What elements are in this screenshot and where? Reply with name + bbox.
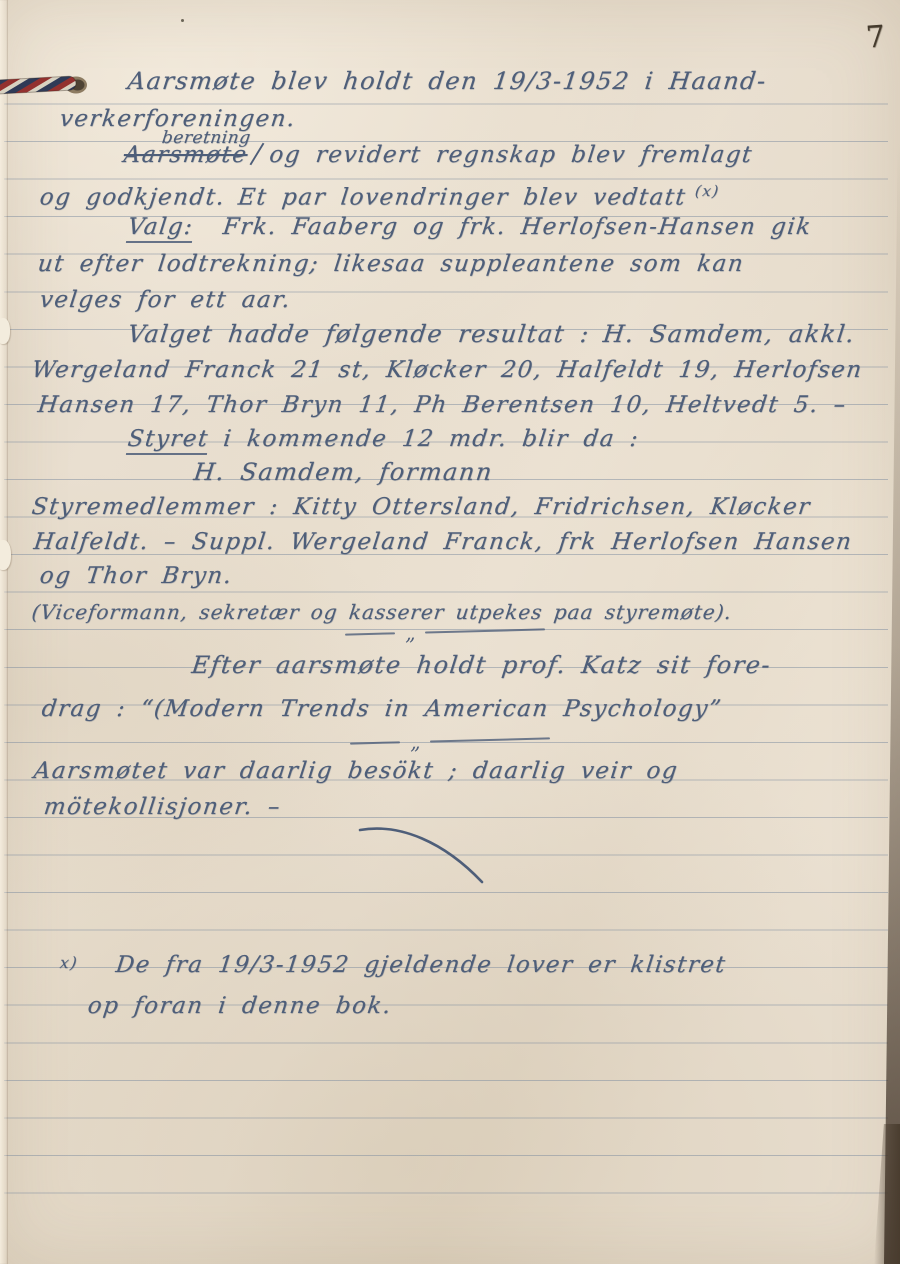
minutes-report-line-2: og godkjendt. Et par lovendringer blev v… bbox=[38, 176, 722, 213]
ink-speck bbox=[181, 19, 184, 22]
ditto-mark: „ bbox=[410, 738, 421, 746]
election-line-1-rest: Frk. Faaberg og frk. Herlofsen-Hansen gi… bbox=[221, 214, 813, 240]
ditto-mark: „ bbox=[405, 629, 416, 637]
report-line-1-rest: og revidert regnskap blev fremlagt bbox=[268, 142, 755, 168]
board-line-1-rest: i kommende 12 mdr. blir da : bbox=[222, 426, 641, 452]
lecture-line-1: Efter aarsmøte holdt prof. Katz sit fore… bbox=[190, 650, 773, 680]
divider-dash bbox=[425, 628, 545, 633]
minutes-opening-line-1: Aarsmøte blev holdt den 19/3-1952 i Haan… bbox=[126, 66, 769, 96]
board-heading: Styret bbox=[126, 426, 210, 455]
footnote-line-1: De fra 19/3-1952 gjeldende lover er klis… bbox=[114, 950, 728, 980]
page-left-edge bbox=[0, 0, 8, 1264]
minutes-board-line-1: Styret i kommende 12 mdr. blir da : bbox=[126, 424, 641, 454]
minutes-election-line-2: ut efter lodtrekning; likesaa suppleante… bbox=[36, 249, 746, 279]
minutes-report-line-1: Aarsmøteberetningog revidert regnskap bl… bbox=[122, 140, 755, 170]
attendance-line-2: mötekollisjoner. – bbox=[42, 792, 283, 822]
binding-cord-icon bbox=[0, 68, 96, 102]
minutes-election-line-1: Valg: Frk. Faaberg og frk. Herlofsen-Han… bbox=[126, 212, 814, 242]
minutes-election-line-3: velges for ett aar. bbox=[38, 285, 293, 315]
minutes-results-line-2: Wergeland Franck 21 st, Kløcker 20, Half… bbox=[30, 355, 865, 385]
divider-dash bbox=[345, 632, 395, 635]
board-members-line-1: Styremedlemmer : Kitty Ottersland, Fridr… bbox=[30, 492, 813, 522]
minutes-results-line-3: Hansen 17, Thor Bryn 11, Ph Berentsen 10… bbox=[36, 390, 849, 420]
footnote-marker: x) bbox=[58, 948, 80, 978]
divider-dash bbox=[350, 741, 400, 744]
page-number: 7 bbox=[865, 19, 886, 55]
board-chairman-line: H. Samdem, formann bbox=[192, 457, 495, 487]
minutes-results-line-1: Valget hadde følgende resultat : H. Samd… bbox=[126, 319, 857, 349]
footnote-reference: (x) bbox=[694, 182, 721, 200]
pen-flourish bbox=[352, 820, 502, 895]
insertion-mark bbox=[249, 143, 264, 165]
board-members-line-3: og Thor Bryn. bbox=[38, 561, 234, 591]
board-note-line: (Viceformann, sekretær og kasserer utpek… bbox=[30, 597, 734, 627]
divider-dash bbox=[430, 737, 550, 742]
report-line-2-text: og godkjendt. Et par lovendringer blev v… bbox=[38, 185, 688, 211]
notebook-page: 7 Aarsmøte blev holdt den 19/3-1952 i Ha… bbox=[0, 0, 900, 1264]
inserted-word: beretning bbox=[160, 123, 252, 153]
attendance-line-1: Aarsmøtet var daarlig besökt ; daarlig v… bbox=[32, 756, 680, 786]
board-members-line-2: Halfeldt. – Suppl. Wergeland Franck, frk… bbox=[32, 527, 854, 557]
footnote-line-2: op foran i denne bok. bbox=[86, 991, 394, 1021]
election-heading: Valg: bbox=[126, 214, 195, 243]
lecture-line-2: drag : “(Modern Trends in American Psych… bbox=[40, 694, 724, 724]
